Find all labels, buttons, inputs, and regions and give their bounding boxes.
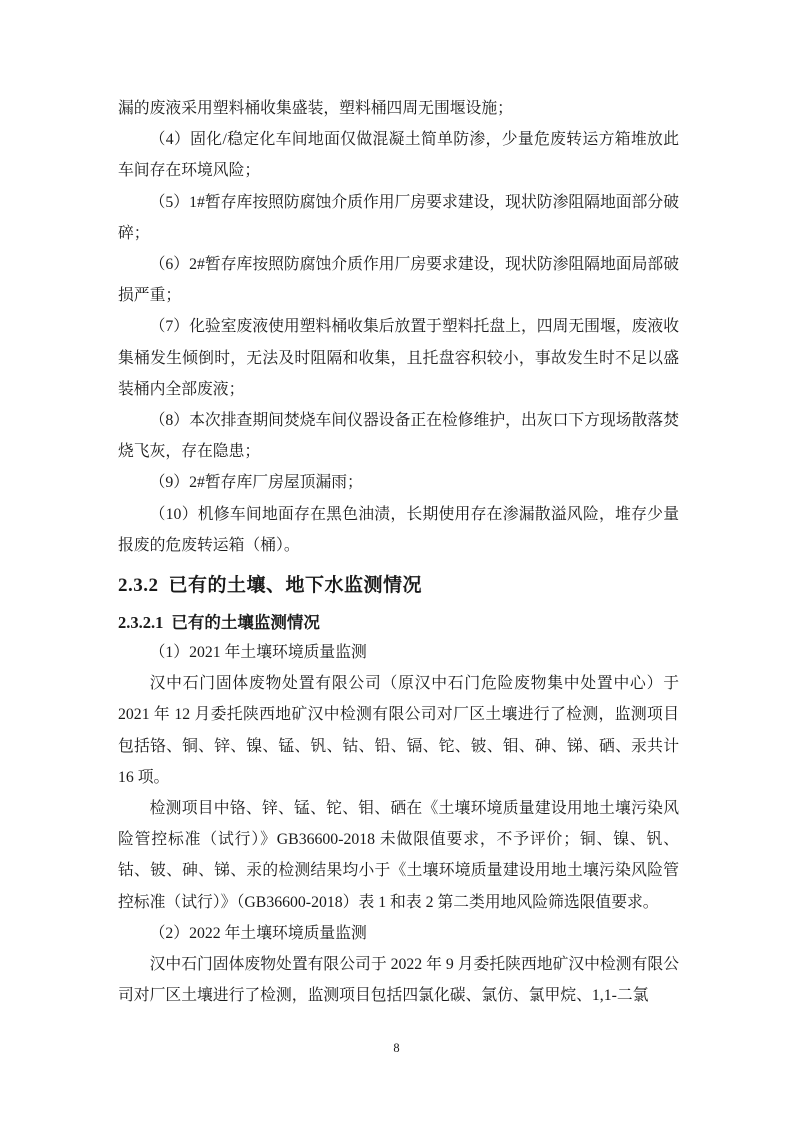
- finding-paragraph-7: （7）化验室废液使用塑料桶收集后放置于塑料托盘上，四周无围堰，废液收集桶发生倾倒…: [118, 311, 679, 405]
- finding-paragraph-10: （10）机修车间地面存在黑色油渍，长期使用存在渗漏散溢风险，堆存少量报废的危废转…: [118, 499, 679, 561]
- soil-monitoring-paragraph-2021-detail: 汉中石门固体废物处置有限公司（原汉中石门危险废物集中处置中心）于 2021 年 …: [118, 668, 679, 793]
- section-number: 2.3.2: [118, 575, 159, 596]
- finding-paragraph-5: （5）1#暂存库按照防腐蚀介质作用厂房要求建设，现状防渗阻隔地面部分破碎；: [118, 187, 679, 249]
- finding-paragraph-4: （4）固化/稳定化车间地面仅做混凝土简单防渗，少量危废转运方箱堆放此车间存在环境…: [118, 124, 679, 186]
- finding-paragraph-9: （9）2#暂存库厂房屋顶漏雨；: [118, 467, 679, 498]
- continuation-paragraph: 漏的废液采用塑料桶收集盛装，塑料桶四周无围堰设施；: [118, 93, 679, 124]
- page-number: 8: [393, 1041, 399, 1055]
- subsection-number: 2.3.2.1: [118, 613, 163, 632]
- section-heading-2-3-2: 2.3.2已有的土壤、地下水监测情况: [118, 568, 679, 604]
- soil-monitoring-paragraph-2021-title: （1）2021 年土壤环境质量监测: [118, 637, 679, 668]
- section-title: 已有的土壤、地下水监测情况: [169, 575, 423, 596]
- subsection-heading-2-3-2-1: 2.3.2.1已有的土壤监测情况: [118, 609, 679, 637]
- finding-paragraph-6: （6）2#暂存库按照防腐蚀介质作用厂房要求建设，现状防渗阻隔地面局部破损严重；: [118, 249, 679, 311]
- page-content: 漏的废液采用塑料桶收集盛装，塑料桶四周无围堰设施； （4）固化/稳定化车间地面仅…: [118, 93, 679, 1011]
- finding-paragraph-8: （8）本次排查期间焚烧车间仪器设备正在检修维护，出灰口下方现场散落焚烧飞灰，存在…: [118, 405, 679, 467]
- soil-monitoring-paragraph-2022-title: （2）2022 年土壤环境质量监测: [118, 918, 679, 949]
- soil-monitoring-paragraph-2022-detail: 汉中石门固体废物处置有限公司于 2022 年 9 月委托陕西地矿汉中检测有限公司…: [118, 949, 679, 1011]
- subsection-title: 已有的土壤监测情况: [171, 613, 320, 632]
- document-page: 漏的废液采用塑料桶收集盛装，塑料桶四周无围堰设施； （4）固化/稳定化车间地面仅…: [0, 0, 793, 1122]
- soil-monitoring-paragraph-2021-results: 检测项目中铬、锌、锰、铊、钼、硒在《土壤环境质量建设用地土壤污染风险管控标准（试…: [118, 793, 679, 918]
- page-footer: 8: [0, 1040, 793, 1056]
